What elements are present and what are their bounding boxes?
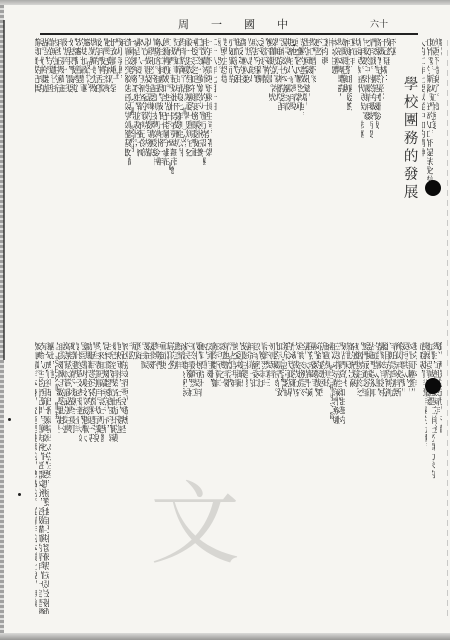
article-title: 學校團務的發展 [402, 76, 418, 202]
publication-title: 周 一 國 中 [178, 16, 288, 32]
ink-speck [293, 44, 295, 46]
header-rule [40, 33, 418, 35]
ink-speck [8, 418, 11, 421]
publication-char: 周 [178, 16, 189, 32]
watermark: 文 [150, 470, 290, 580]
publication-char: 中 [277, 16, 288, 32]
page-bottom-edge [0, 633, 450, 640]
punch-hole [425, 180, 441, 196]
text-column: 實，， [439, 38, 442, 300]
punch-hole [425, 378, 441, 394]
top-text-band: 實，，到更不待說了。這立場，一自切工作態度東外國，所以我們的工，不是失之偏工作。… [34, 38, 442, 300]
ink-speck [18, 493, 21, 496]
publication-char: 一 [211, 16, 222, 32]
scanned-page: 周 一 國 中 六十 實，，到更不待說了。這立場，一自切工作態度東外國，所以我們… [0, 0, 450, 640]
page-top-edge [0, 0, 450, 5]
publication-char: 國 [244, 16, 255, 32]
page-binding-shadow [3, 20, 5, 360]
page-number: 六十 [370, 17, 388, 30]
column-gap [396, 38, 398, 300]
running-header: 周 一 國 中 六十 [38, 14, 418, 32]
page-right-edge [447, 40, 448, 620]
